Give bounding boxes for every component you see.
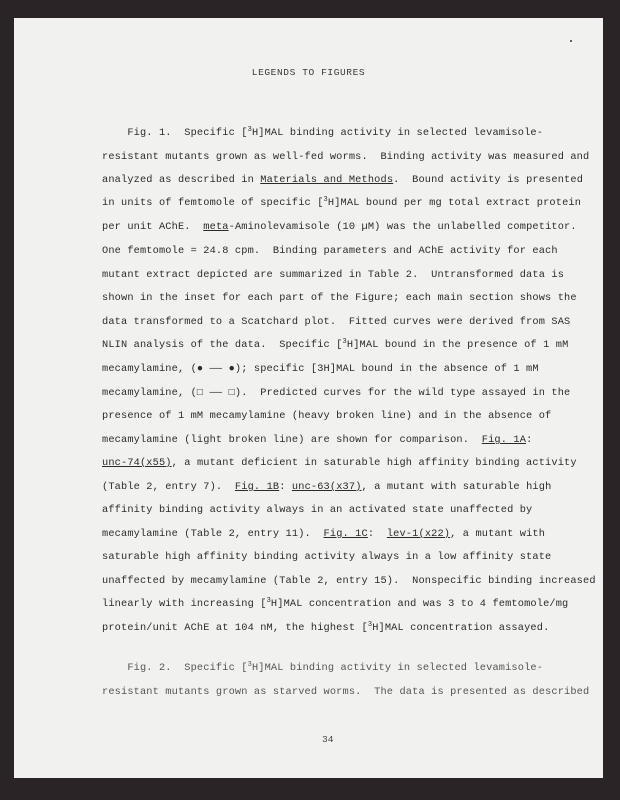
legend-line: unaffected by mecamylamine (Table 2, ent…	[102, 575, 596, 587]
legend-line: mutant extract depicted are summarized i…	[102, 269, 564, 281]
legend-line: resistant mutants grown as well-fed worm…	[102, 151, 589, 163]
legend-line: affinity binding activity always in an a…	[102, 504, 532, 516]
legend-line: mecamylamine (Table 2, entry 11). Fig. 1…	[102, 528, 545, 540]
legend-line: protein/unit AChE at 104 nM, the highest…	[102, 622, 549, 634]
legend-line: mecamylamine (light broken line) are sho…	[102, 434, 532, 446]
speck-mark	[570, 40, 572, 42]
legend-line: mecamylamine, (□ —— □). Predicted curves…	[102, 387, 570, 399]
legend-line: shown in the inset for each part of the …	[102, 292, 577, 304]
legend-line: Fig. 1. Specific [3H]MAL binding activit…	[102, 127, 543, 139]
legend-line: saturable high affinity binding activity…	[102, 551, 551, 563]
legend-line: presence of 1 mM mecamylamine (heavy bro…	[102, 410, 551, 422]
document-page: LEGENDS TO FIGURES Fig. 1. Specific [3H]…	[14, 18, 603, 778]
legend-line: (Table 2, entry 7). Fig. 1B: unc-63(x37)…	[102, 481, 551, 493]
legend-line: unc-74(x55), a mutant deficient in satur…	[102, 457, 577, 469]
legend-line: mecamylamine, (● —— ●); specific [3H]MAL…	[102, 363, 539, 375]
legend-line: per unit AChE. meta-Aminolevamisole (10 …	[102, 221, 577, 233]
legend-line: One femtomole = 24.8 cpm. Binding parame…	[102, 245, 558, 257]
legend-line: linearly with increasing [3H]MAL concent…	[102, 598, 568, 610]
legend-line: analyzed as described in Materials and M…	[102, 174, 583, 186]
legend-line: data transformed to a Scatchard plot. Fi…	[102, 316, 570, 328]
legend-line: Fig. 2. Specific [3H]MAL binding activit…	[102, 662, 543, 674]
legend-line: resistant mutants grown as starved worms…	[102, 686, 589, 698]
page-title: LEGENDS TO FIGURES	[14, 67, 603, 78]
page-number: 34	[322, 734, 333, 745]
legend-line: NLIN analysis of the data. Specific [3H]…	[102, 339, 568, 351]
legend-line: in units of femtomole of specific [3H]MA…	[102, 197, 581, 209]
